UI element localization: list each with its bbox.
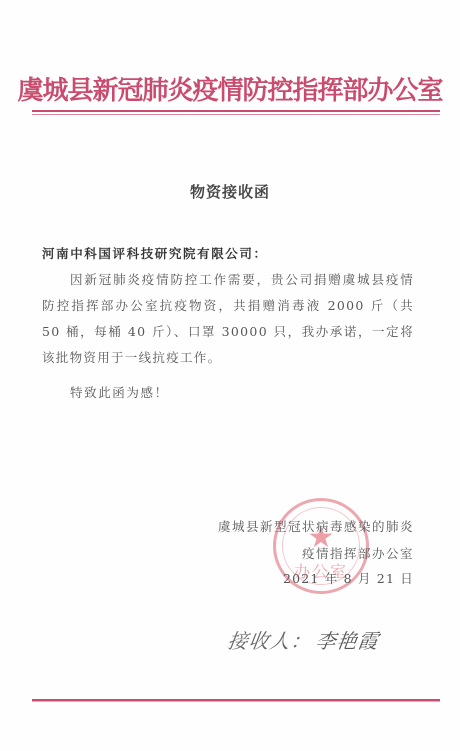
signature-date: 2021 年 8 月 21 日	[283, 569, 414, 587]
signature-org-line-1: 虞城县新型冠状病毒感染的肺炎	[218, 517, 414, 535]
letterhead-rule-thick	[32, 110, 440, 112]
receiver-name: 李艳霞	[314, 629, 380, 653]
document-title: 物资接收函	[0, 181, 460, 202]
receiver-signature: 接收人：李艳霞	[226, 625, 381, 654]
closing-line: 特致此函为感！	[70, 383, 169, 401]
signature-org-line-2: 疫情指挥部办公室	[302, 544, 414, 562]
footer-rule-shadow	[32, 701, 440, 702]
body-paragraph: 因新冠肺炎疫情防控工作需要，贵公司捐赠虞城县疫情防控指挥部办公室抗疫物资，共捐赠…	[42, 267, 414, 371]
salutation: 河南中科国评科技研究院有限公司：	[42, 244, 268, 262]
letterhead-title: 虞城县新冠肺炎疫情防控指挥部办公室	[0, 70, 460, 107]
letterhead-rule-thin	[32, 114, 440, 115]
letter-page: 虞城县新冠肺炎疫情防控指挥部办公室 物资接收函 河南中科国评科技研究院有限公司：…	[0, 0, 460, 751]
receiver-label: 接收人：	[226, 629, 313, 653]
